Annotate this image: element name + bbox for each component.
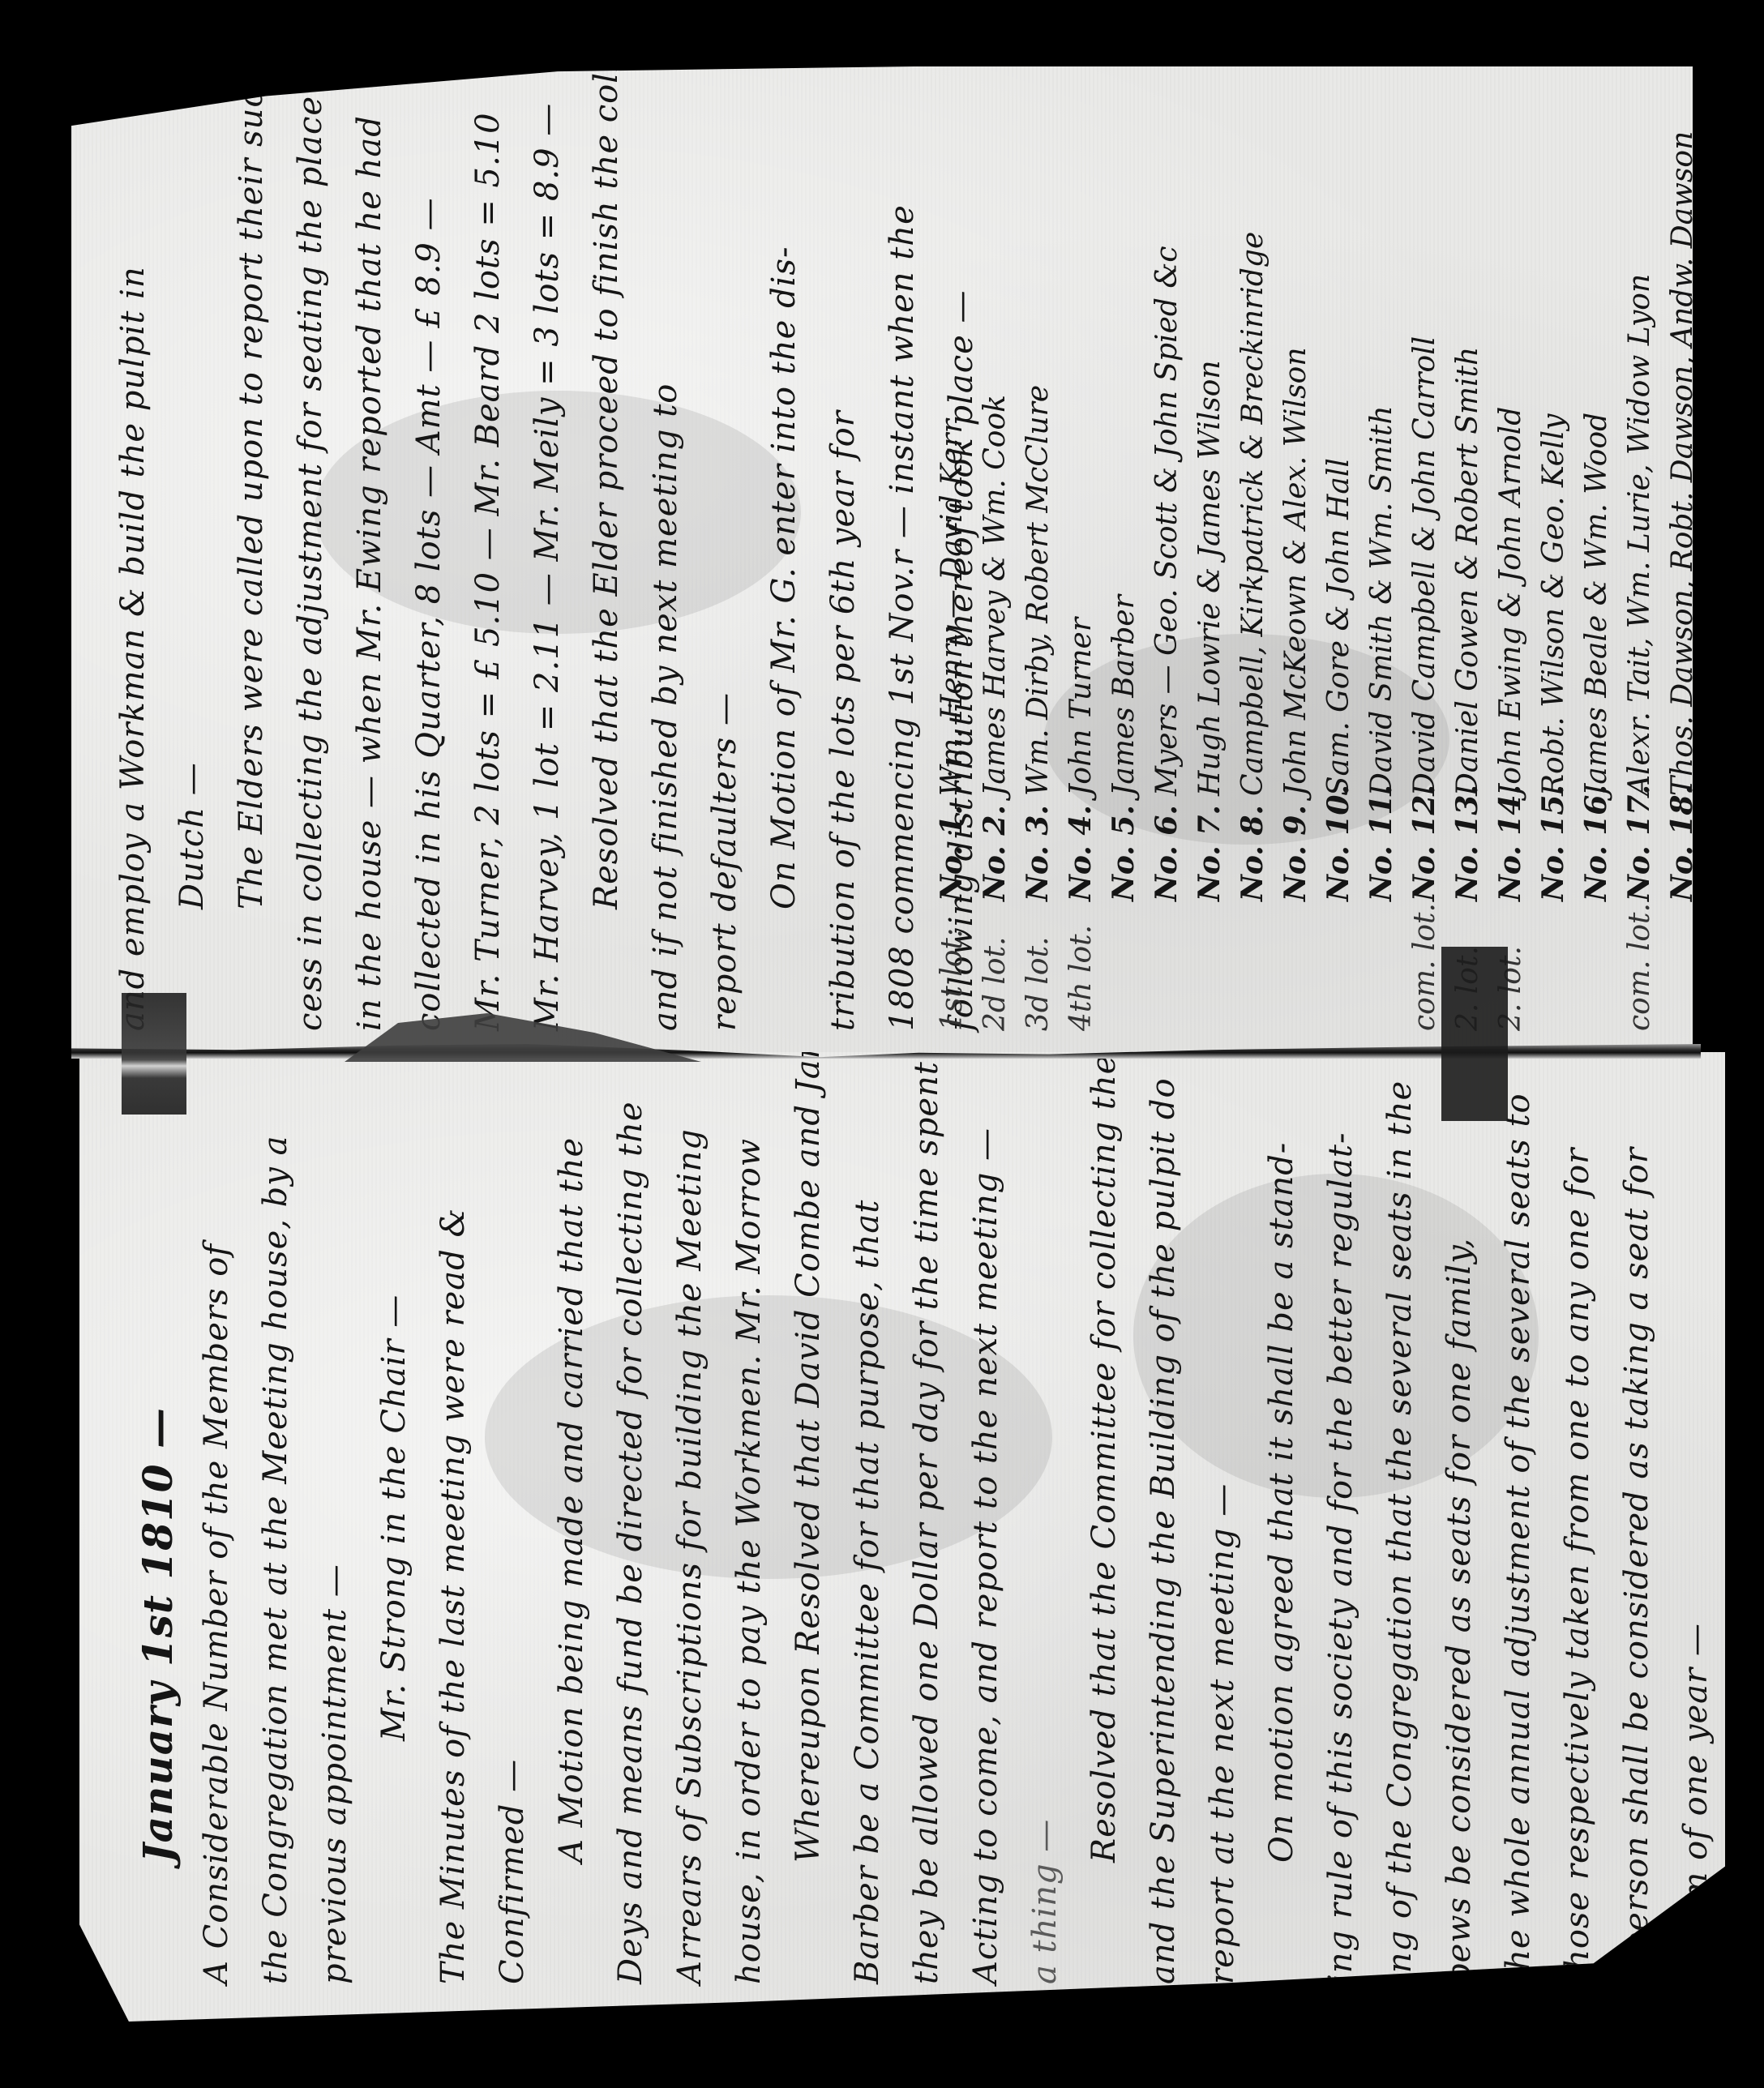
text-line: tribution of the lots per 6th year for: [814, 99, 873, 1031]
text-line: Barber be a Committee for that purpose, …: [838, 1076, 897, 1984]
list-item: No. 10.Sam. Gore & John Hall: [1317, 99, 1360, 1031]
list-item: No. 7.Hugh Lowrie & James Wilson: [1188, 99, 1231, 1031]
list-item: 1st lot:No. 1.Wm. Henry — David Kerr: [931, 99, 974, 1031]
list-item: com. lot.No. 12.David Campbell & John Ca…: [1403, 99, 1446, 1031]
text-line: Mr. Turner, 2 lots = £ 5.10 — Mr. Beard …: [459, 99, 518, 1031]
list-item: 3d lot.No. 3.Wm. Dirby, Robert McClure: [1017, 99, 1060, 1031]
text-line: ing of the Congregation that the several…: [1371, 1076, 1430, 1984]
list-item: No. 16.James Beale & Wm. Wood: [1575, 99, 1618, 1031]
tape-strip-left: [122, 993, 186, 1115]
text-line: a person shall be considered as taking a…: [1608, 1076, 1667, 1984]
list-item: No. 8.Campbell, Kirkpatrick & Breckinrid…: [1231, 99, 1274, 1031]
bottom-page: January 1st 1810 — A Considerable Number…: [79, 1052, 1725, 2022]
tape-strip-right: [1441, 947, 1508, 1121]
list-item: 2. lot.No. 14.John Ewing & John Arnold: [1489, 99, 1532, 1031]
text-line: On Motion of Mr. G. enter into the dis-: [755, 99, 814, 1031]
text-line: Confirmed —: [483, 1076, 542, 1984]
minutes-date-heading: January 1st 1810 —: [128, 1076, 187, 1984]
text-line: Mr. Harvey, 1 lot = 2.11 — Mr. Meily = 3…: [518, 99, 577, 1031]
text-line: ing rule of this society and for the bet…: [1312, 1076, 1371, 1984]
text-line: A Considerable Number of the Members of: [187, 1076, 246, 1984]
text-line: On motion agreed that it shall be a stan…: [1252, 1076, 1312, 1984]
text-line: collected in his Quarter, 8 lots — Amt —…: [400, 99, 459, 1031]
list-item: No. 9.John McKeown & Alex. Wilson: [1274, 99, 1317, 1031]
text-line: cess in collecting the adjustment for se…: [281, 99, 340, 1031]
list-item: 4th lot.No. 4.John Turner: [1060, 99, 1102, 1031]
text-line: Dutch —: [163, 99, 222, 1031]
text-line: The Elders were called upon to report th…: [222, 99, 281, 1031]
text-line: the Congregation met at the Meeting hous…: [246, 1076, 306, 1984]
list-item: 2d lot.No. 2.James Harvey & Wm. Cook: [974, 99, 1017, 1031]
text-line: Acting to come, and report to the next m…: [957, 1076, 1016, 1984]
bottom-page-text: January 1st 1810 — A Considerable Number…: [128, 1076, 1725, 1984]
text-line: and employ a Workman & build the pulpit …: [104, 99, 163, 1031]
top-page: and employ a Workman & build the pulpit …: [71, 66, 1693, 1054]
text-line: A Motion being made and carried that the: [542, 1076, 602, 1984]
text-line: the whole annual adjustment of the sever…: [1489, 1076, 1548, 1984]
list-item: No. 6.Myers — Geo. Scott & John Spied &c: [1145, 99, 1188, 1031]
text-line: those respectively taken from one to any…: [1548, 1076, 1608, 1984]
text-line: a term of one year —: [1667, 1076, 1725, 1984]
text-line: and if not finished by next meeting to: [636, 99, 696, 1031]
text-line: Whereupon Resolved that David Combe and …: [779, 1076, 838, 1984]
text-line: in the house — when Mr. Ewing reported t…: [340, 99, 400, 1031]
list-item: 2. lot.No. 13.Daniel Gowen & Robert Smit…: [1446, 99, 1489, 1031]
text-line: Deys and means fund be directed for coll…: [602, 1076, 661, 1984]
text-line: they be allowed one Dollar per day for t…: [897, 1076, 957, 1984]
text-line: and the Superintending the Building of t…: [1134, 1076, 1193, 1984]
text-line: a thing —: [1016, 1076, 1075, 1984]
list-item: No. 11.David Smith & Wm. Smith: [1360, 99, 1403, 1031]
text-line: Resolved that the Committee for collecti…: [1075, 1076, 1134, 1984]
text-line: previous appointment —: [306, 1076, 365, 1984]
distribution-list: 1st lot:No. 1.Wm. Henry — David Kerr 2d …: [931, 99, 1693, 1031]
text-line: report defaulters —: [696, 99, 755, 1031]
text-line: Arrears of Subscriptions for building th…: [661, 1076, 720, 1984]
text-line: The Minutes of the last meeting were rea…: [424, 1076, 483, 1984]
text-line: house, in order to pay the Workmen. Mr. …: [720, 1076, 779, 1984]
top-page-text: and employ a Workman & build the pulpit …: [104, 99, 991, 1031]
text-line: pews be considered as seats for one fami…: [1430, 1076, 1489, 1984]
text-line: Mr. Strong in the Chair —: [365, 1076, 424, 1984]
list-item: com. lot.No. 17.Alexr. Tait, Wm. Lurie, …: [1618, 99, 1661, 1031]
text-line: Resolved that the Elder proceed to finis…: [577, 99, 636, 1031]
list-item: No. 5.James Barber: [1102, 99, 1145, 1031]
text-line: report at the next meeting —: [1193, 1076, 1252, 1984]
list-item: No. 15.Robt. Wilson & Geo. Kelly: [1532, 99, 1575, 1031]
list-item: No. 18.Thos. Dawson, Robt. Dawson, Andw.…: [1661, 99, 1693, 1031]
text-line: 1808 commencing 1st Nov.r — instant when…: [873, 99, 932, 1031]
